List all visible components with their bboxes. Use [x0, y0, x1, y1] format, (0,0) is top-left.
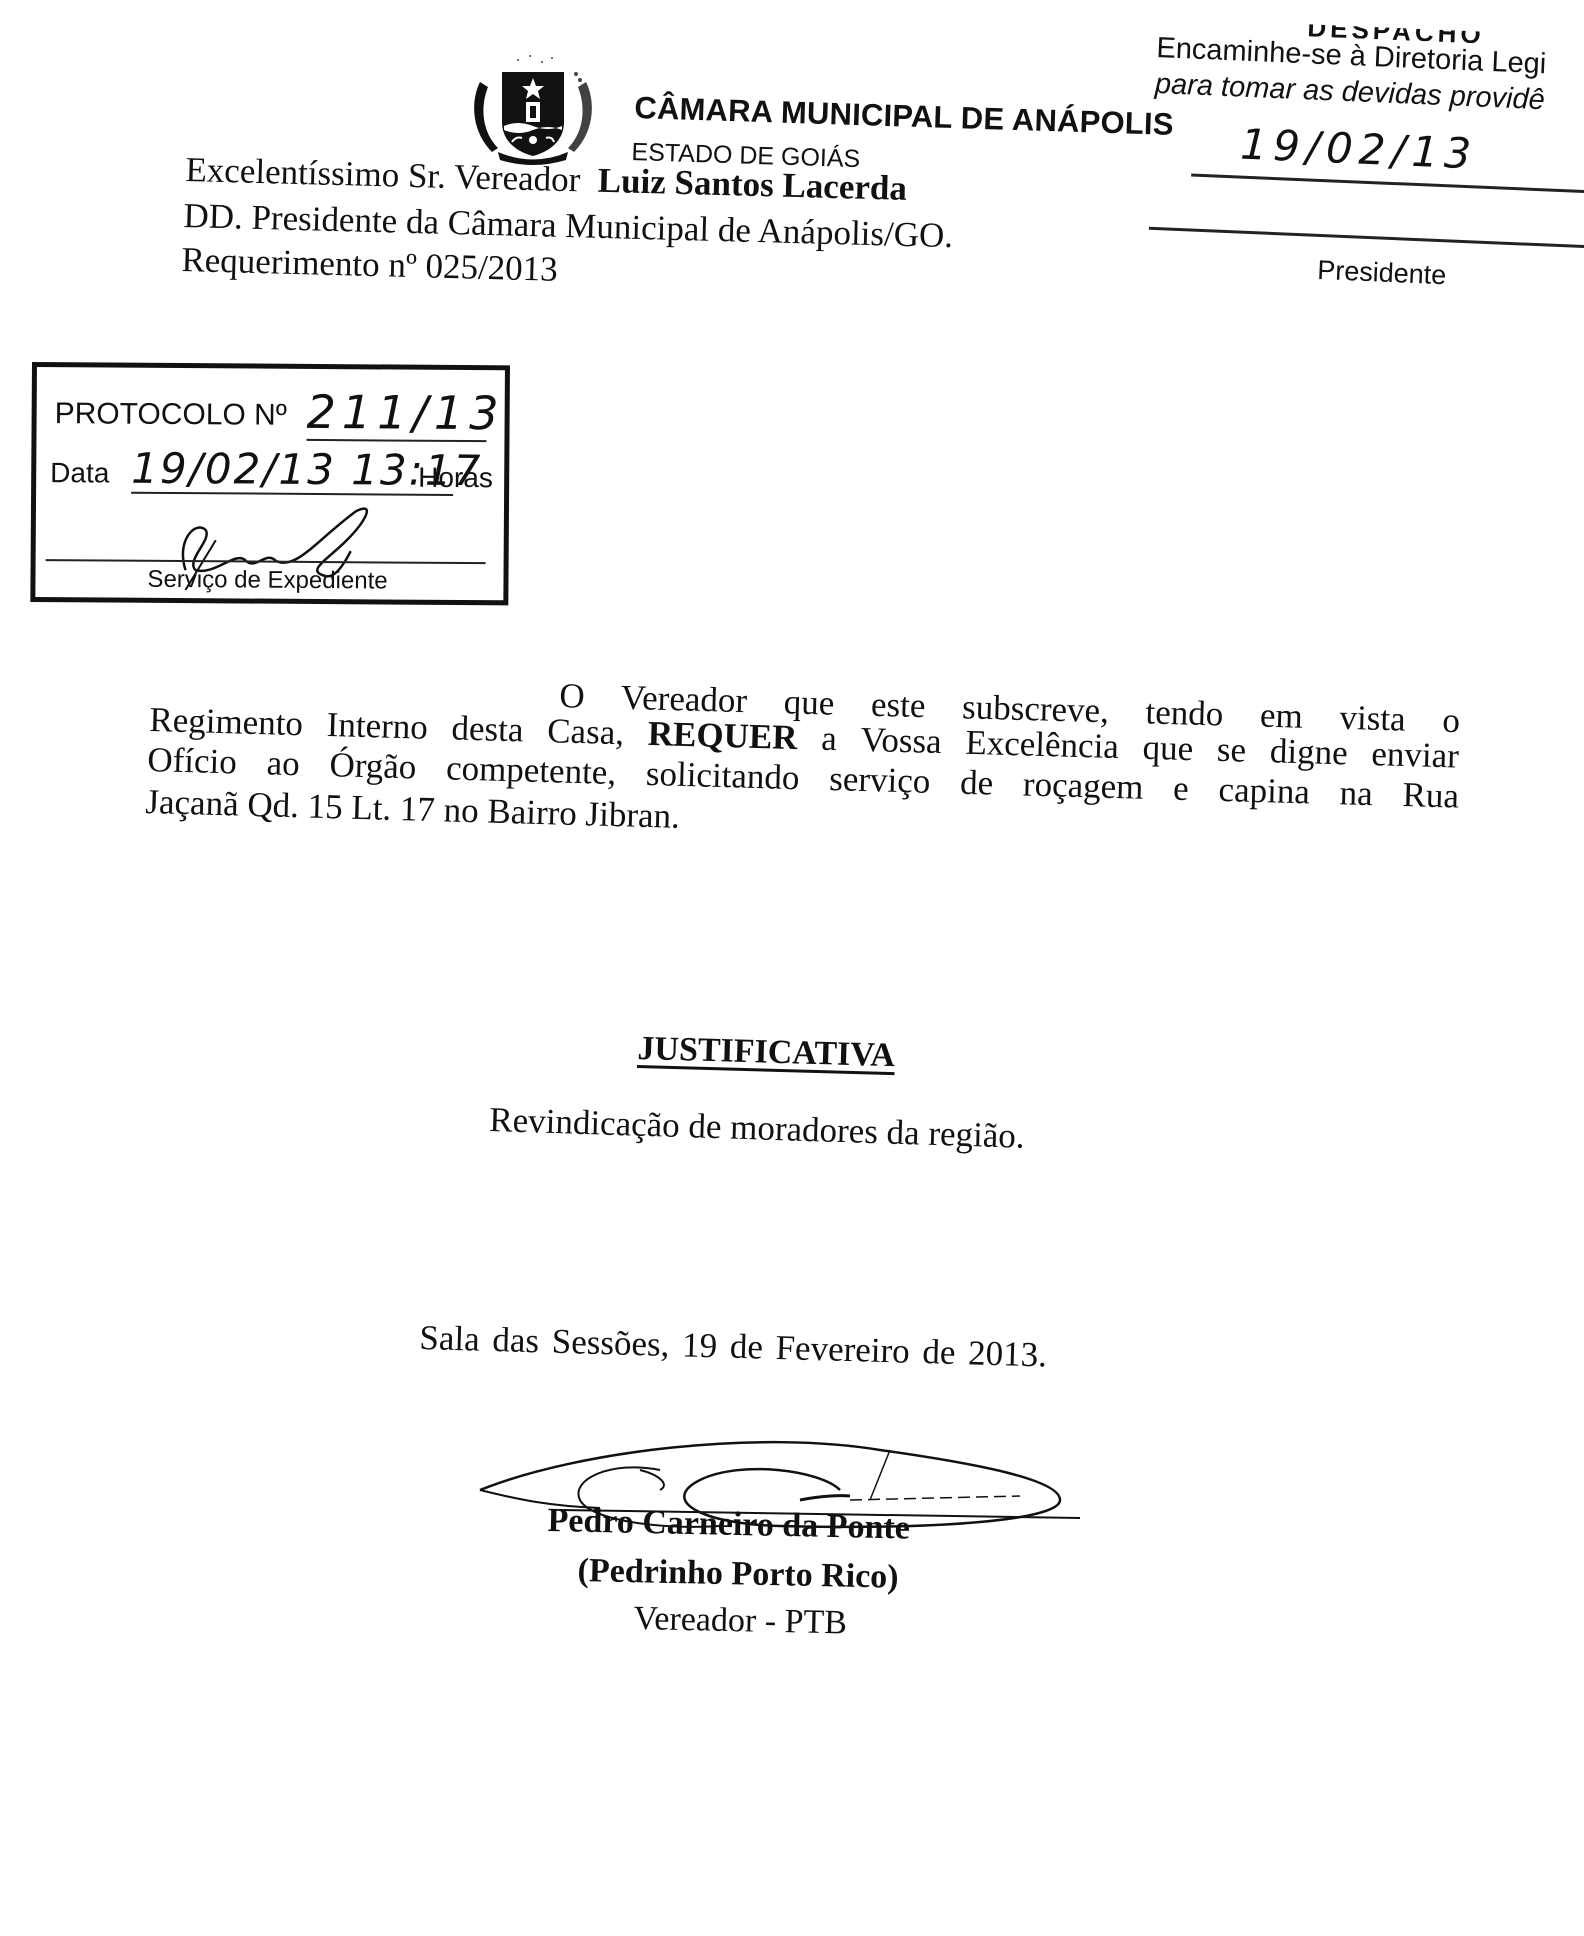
justificativa-text: Revindicação de moradores da região. [489, 1100, 1025, 1157]
body-word: serviço [829, 759, 931, 802]
org-name: CÂMARA MUNICIPAL DE ANÁPOLIS [634, 90, 1174, 143]
signer-role: Vereador - PTB [633, 1600, 847, 1642]
body-word: roçagem [1022, 764, 1144, 807]
body-word: ao [266, 743, 300, 784]
body-word: Casa, [547, 711, 625, 753]
despacho-stamp: DESPACHO Encaminhe-se à Diretoria Legi p… [1146, 12, 1584, 320]
addressee-name: Luiz Santos Lacerda [597, 161, 907, 208]
protocolo-date-value: 19/02/13 [131, 444, 336, 494]
body-word: solicitando [645, 754, 800, 798]
body-word: de [960, 763, 994, 804]
despacho-handwritten-date: 19/02/13 [1240, 120, 1478, 179]
protocolo-date-label: Data [50, 457, 109, 489]
signer-name: Pedro Carneiro da Ponte [547, 1502, 910, 1548]
despacho-date-line [1191, 174, 1584, 194]
body-word: Órgão [329, 745, 417, 787]
despacho-signature-label: Presidente [1317, 255, 1447, 291]
body-word: Interno [326, 705, 428, 748]
justificativa-title: JUSTIFICATIVA [637, 1030, 896, 1075]
closing-date-line: Sala das Sessões, 19 de Fevereiro de 201… [419, 1318, 1048, 1376]
body-word: Excelência [965, 723, 1120, 767]
body-word: Regimento [149, 700, 304, 744]
body-word: na [1339, 773, 1373, 814]
request-number: Requerimento nº 025/2013 [181, 240, 558, 290]
body-word: Vossa [860, 720, 942, 762]
body-word: e [1173, 769, 1190, 809]
protocolo-number-line [306, 439, 486, 442]
body-word: a [821, 719, 838, 759]
body-word: enviar [1371, 734, 1460, 776]
body-word: que [1142, 728, 1194, 769]
body-word: Rua [1402, 775, 1459, 817]
body-word: se [1216, 730, 1246, 771]
protocolo-number: 211/13 [306, 385, 504, 440]
signer-nickname: (Pedrinho Porto Rico) [577, 1552, 899, 1597]
body-word: digne [1269, 731, 1348, 773]
body-word: Ofício [147, 740, 238, 782]
body-word: capina [1218, 770, 1310, 813]
body-word: desta [451, 708, 524, 750]
body-word: REQUER [647, 714, 798, 758]
coat-of-arms-icon [468, 52, 598, 167]
protocolo-label: PROTOCOLO Nº [55, 397, 287, 433]
protocolo-stamp: PROTOCOLO Nº 211/13 Data 19/02/13 13:17 … [30, 362, 510, 605]
despacho-signature-line [1149, 227, 1584, 248]
body-word: competente, [446, 748, 617, 793]
protocolo-signature-label: Serviço de Expediente [147, 566, 387, 596]
protocolo-time-label: Horas [418, 462, 493, 495]
